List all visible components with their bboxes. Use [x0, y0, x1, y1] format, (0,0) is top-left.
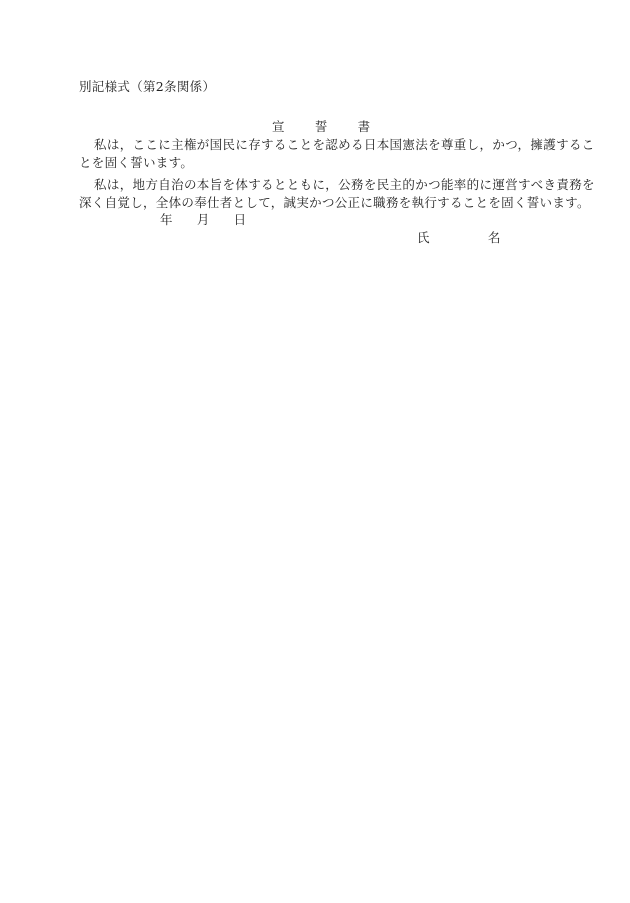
- title-char-3: 書: [358, 119, 371, 135]
- day-label: 日: [234, 212, 247, 228]
- surname-label: 氏: [417, 230, 430, 245]
- title-char-1: 宣: [272, 119, 285, 135]
- signature-line: 氏名: [417, 230, 501, 246]
- document-title: 宣誓書: [272, 119, 370, 135]
- document-page: 別記様式（第2条関係） 宣誓書 私は，ここに主権が国民に存することを認める日本国…: [0, 0, 630, 903]
- given-name-label: 名: [488, 230, 501, 245]
- paragraph-1-line-2: とを固く誓います。: [79, 155, 193, 171]
- paragraph-1-line-1: 私は，ここに主権が国民に存することを認める日本国憲法を尊重し，かつ，擁護するこ: [94, 137, 595, 153]
- paragraph-2-line-2: 深く自覚し，全体の奉仕者として，誠実かつ公正に職務を執行することを固く誓います。: [79, 195, 590, 211]
- title-char-2: 誓: [315, 119, 328, 135]
- year-label: 年: [160, 212, 173, 228]
- paragraph-2-line-1: 私は，地方自治の本旨を体するとともに，公務を民主的かつ能率的に運営すべき責務を: [94, 177, 595, 193]
- month-label: 月: [197, 212, 210, 228]
- form-label: 別記様式（第2条関係）: [79, 79, 215, 95]
- date-line: 年月日: [160, 212, 246, 228]
